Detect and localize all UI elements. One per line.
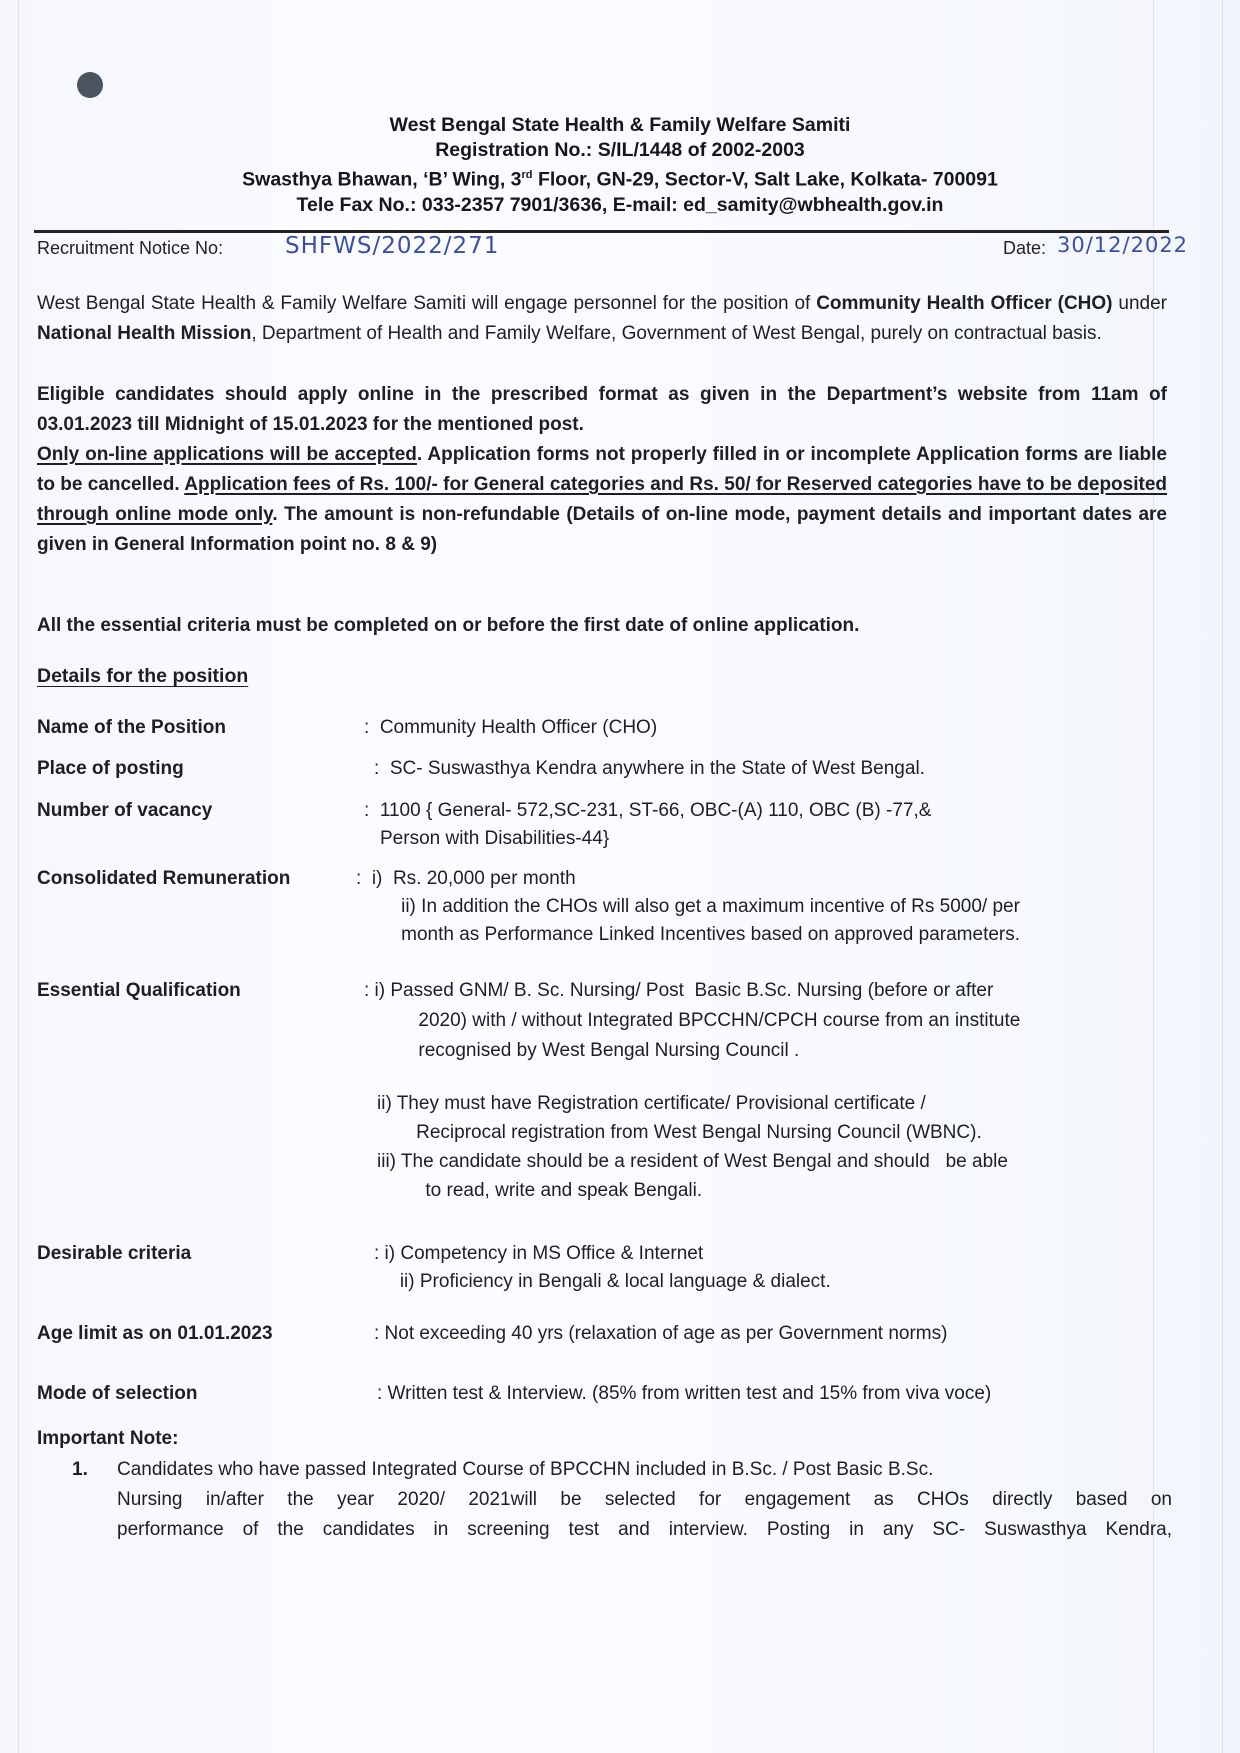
criteria-paragraph: All the essential criteria must be compl… (37, 611, 1167, 641)
scan-artifact-line (18, 0, 19, 1753)
address: Swasthya Bhawan, ‘B’ Wing, 3rd Floor, GN… (0, 163, 1240, 193)
important-note-title: Important Note: (37, 1428, 178, 1450)
letterhead: West Bengal State Health & Family Welfar… (0, 113, 1240, 218)
date-handwritten: 30/12/2022 (1057, 233, 1188, 257)
application-paragraph: Only on-line applications will be accept… (37, 440, 1167, 560)
details-section-title: Details for the position (37, 665, 248, 688)
registration-number: Registration No.: S/IL/1448 of 2002-2003 (0, 138, 1240, 163)
header-divider (34, 230, 1169, 233)
contact-info: Tele Fax No.: 033-2357 7901/3636, E-mail… (0, 193, 1240, 218)
org-name: West Bengal State Health & Family Welfar… (0, 113, 1240, 138)
notice-number-handwritten: SHFWS/2022/271 (285, 233, 499, 259)
date-label: Date: (1003, 238, 1046, 259)
intro-paragraph: West Bengal State Health & Family Welfar… (37, 289, 1167, 349)
scanned-page: West Bengal State Health & Family Welfar… (0, 0, 1240, 1753)
notice-number-label: Recruitment Notice No: (37, 238, 223, 259)
eligibility-paragraph: Eligible candidates should apply online … (37, 380, 1167, 440)
notice-row: Recruitment Notice No: SHFWS/2022/271 Da… (37, 236, 1237, 268)
punch-hole-mark (77, 72, 103, 98)
